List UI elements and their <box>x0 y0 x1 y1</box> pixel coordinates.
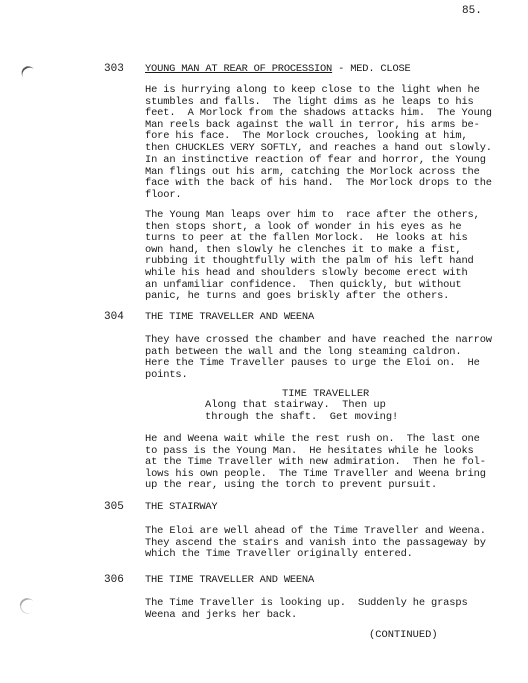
scene-number: 306 <box>104 575 124 587</box>
page-number: 85. <box>462 6 482 18</box>
punch-hole-mark-bottom <box>17 595 38 617</box>
dialogue-lines: Along that stairway. Then up through the… <box>205 400 398 423</box>
scene-number: 303 <box>104 64 124 76</box>
scene-heading: THE TIME TRAVELLER AND WEENA <box>145 312 314 324</box>
action-paragraph: They have crossed the chamber and have r… <box>145 335 517 381</box>
action-paragraph: He is hurrying along to keep close to th… <box>145 85 517 155</box>
scene-number: 305 <box>104 502 124 514</box>
action-paragraph: He and Weena wait while the rest rush on… <box>145 434 517 492</box>
scene-heading-shot: - MED. CLOSE <box>332 63 410 75</box>
action-paragraph: The Eloi are well ahead of the Time Trav… <box>145 526 517 561</box>
scene-heading: THE TIME TRAVELLER AND WEENA <box>145 575 314 587</box>
action-paragraph: The Time Traveller is looking up. Sudden… <box>145 598 517 621</box>
continued-marker: (CONTINUED) <box>369 630 438 642</box>
punch-hole-mark-top <box>19 63 40 84</box>
scene-heading: THE STAIRWAY <box>145 502 217 514</box>
action-paragraph: The Young Man leaps over him to race aft… <box>145 210 517 303</box>
action-paragraph: In an instinctive reaction of fear and h… <box>145 155 517 201</box>
scene-heading-underlined: YOUNG MAN AT REAR OF PROCESSION <box>145 63 332 75</box>
scene-heading: YOUNG MAN AT REAR OF PROCESSION - MED. C… <box>145 64 411 76</box>
scene-number: 304 <box>104 312 124 324</box>
